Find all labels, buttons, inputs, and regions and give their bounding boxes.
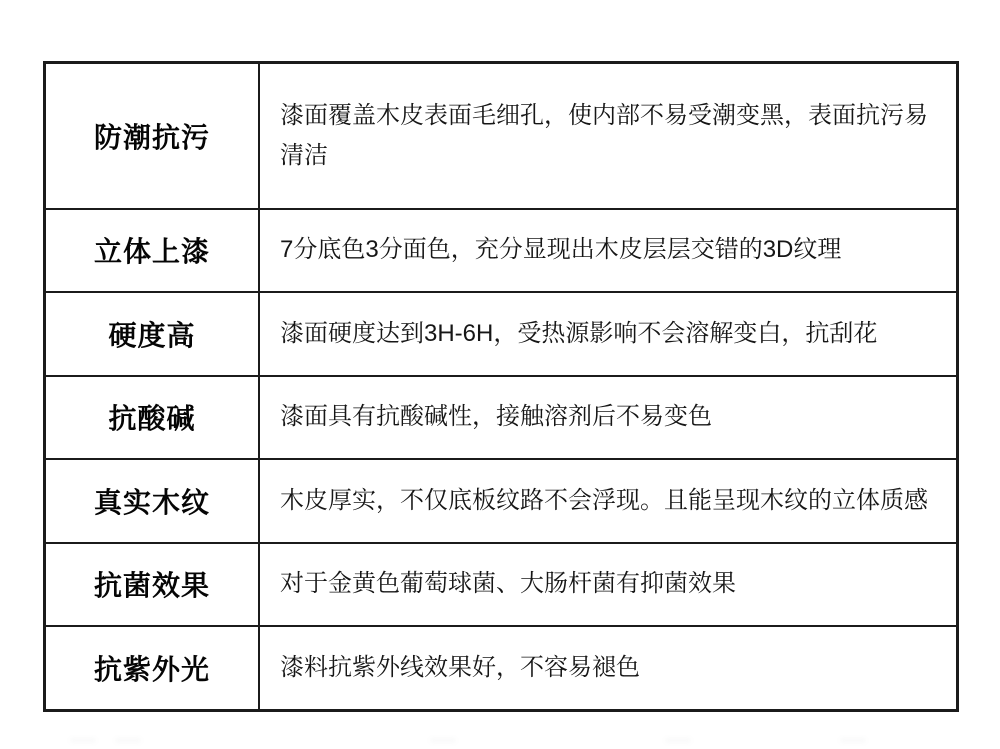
table-row: 抗紫外光 漆料抗紫外线效果好，不容易褪色 (45, 626, 958, 710)
feature-description-cell: 木皮厚实，不仅底板纹路不会浮现。且能呈现木纹的立体质感 (259, 459, 958, 543)
feature-description: 木皮厚实，不仅底板纹路不会浮现。且能呈现木纹的立体质感 (280, 481, 948, 521)
feature-name-cell: 抗紫外光 (45, 626, 260, 710)
feature-description: 7分底色3分面色，充分显现出木皮层层交错的3D纹理 (280, 230, 948, 270)
table-row: 立体上漆 7分底色3分面色，充分显现出木皮层层交错的3D纹理 (45, 209, 958, 293)
feature-name: 真实木纹 (94, 487, 210, 518)
feature-description: 漆面覆盖木皮表面毛细孔，使内部不易受潮变黑，表面抗污易清洁 (280, 96, 948, 176)
feature-name: 立体上漆 (94, 236, 210, 267)
feature-name: 防潮抗污 (94, 122, 210, 153)
features-table-body: 防潮抗污 漆面覆盖木皮表面毛细孔，使内部不易受潮变黑，表面抗污易清洁 立体上漆 … (45, 63, 958, 711)
feature-description: 漆面具有抗酸碱性，接触溶剂后不易变色 (280, 397, 948, 437)
feature-name: 抗菌效果 (94, 570, 210, 601)
table-row: 真实木纹 木皮厚实，不仅底板纹路不会浮现。且能呈现木纹的立体质感 (45, 459, 958, 543)
feature-name: 抗紫外光 (94, 654, 210, 685)
feature-description: 漆料抗紫外线效果好，不容易褪色 (280, 648, 948, 688)
feature-name-cell: 硬度高 (45, 292, 260, 376)
feature-description-cell: 漆料抗紫外线效果好，不容易褪色 (259, 626, 958, 710)
feature-description-cell: 漆面覆盖木皮表面毛细孔，使内部不易受潮变黑，表面抗污易清洁 (259, 63, 958, 209)
table-row: 防潮抗污 漆面覆盖木皮表面毛细孔，使内部不易受潮变黑，表面抗污易清洁 (45, 63, 958, 209)
table-row: 抗酸碱 漆面具有抗酸碱性，接触溶剂后不易变色 (45, 376, 958, 460)
table-row: 硬度高 漆面硬度达到3H-6H，受热源影响不会溶解变白，抗刮花 (45, 292, 958, 376)
feature-description: 对于金黄色葡萄球菌、大肠杆菌有抑菌效果 (280, 564, 948, 604)
feature-name-cell: 立体上漆 (45, 209, 260, 293)
feature-description-cell: 7分底色3分面色，充分显现出木皮层层交错的3D纹理 (259, 209, 958, 293)
watermark-remnant (0, 736, 1000, 746)
feature-name-cell: 抗酸碱 (45, 376, 260, 460)
feature-name-cell: 真实木纹 (45, 459, 260, 543)
feature-name: 硬度高 (108, 320, 195, 351)
feature-name-cell: 抗菌效果 (45, 543, 260, 627)
page: 防潮抗污 漆面覆盖木皮表面毛细孔，使内部不易受潮变黑，表面抗污易清洁 立体上漆 … (0, 0, 1000, 749)
feature-description-cell: 漆面具有抗酸碱性，接触溶剂后不易变色 (259, 376, 958, 460)
feature-name-cell: 防潮抗污 (45, 63, 260, 209)
feature-name: 抗酸碱 (108, 403, 195, 434)
table-row: 抗菌效果 对于金黄色葡萄球菌、大肠杆菌有抑菌效果 (45, 543, 958, 627)
feature-description: 漆面硬度达到3H-6H，受热源影响不会溶解变白，抗刮花 (280, 314, 948, 354)
feature-description-cell: 对于金黄色葡萄球菌、大肠杆菌有抑菌效果 (259, 543, 958, 627)
features-table: 防潮抗污 漆面覆盖木皮表面毛细孔，使内部不易受潮变黑，表面抗污易清洁 立体上漆 … (43, 61, 959, 712)
feature-description-cell: 漆面硬度达到3H-6H，受热源影响不会溶解变白，抗刮花 (259, 292, 958, 376)
